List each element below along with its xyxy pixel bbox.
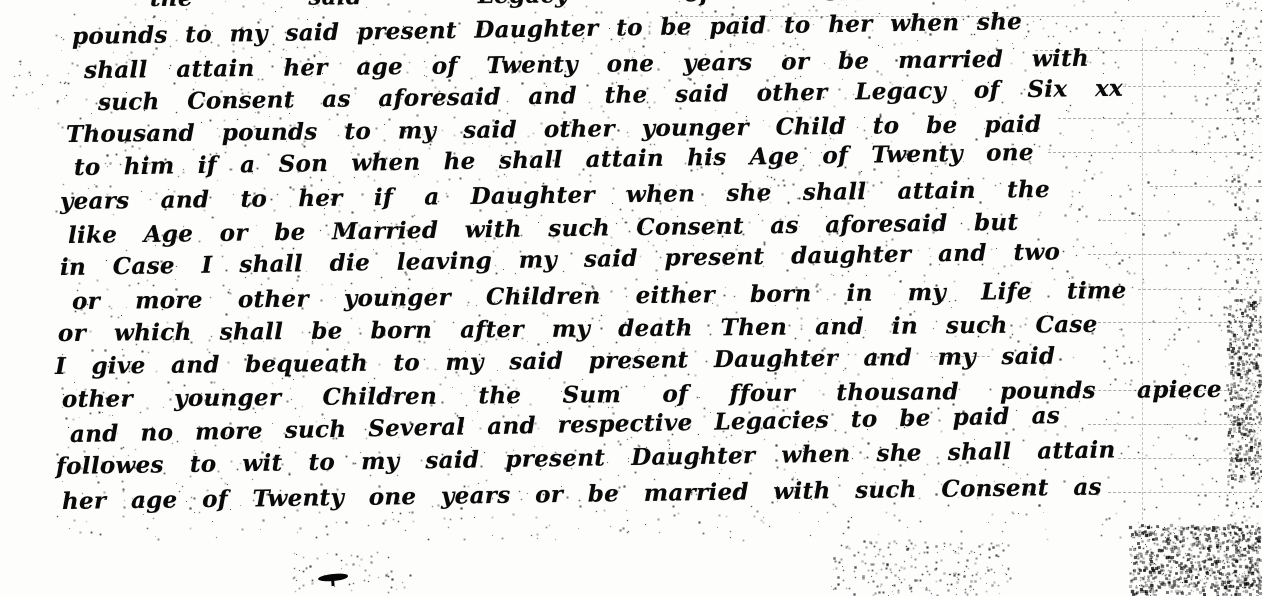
manuscript-scan-page: the said Legacy of six thousand pounds t… [0, 0, 1262, 596]
ink-blot [318, 573, 348, 582]
manuscript-line-2: pounds to my said present Daughter to be… [72, 7, 1023, 52]
